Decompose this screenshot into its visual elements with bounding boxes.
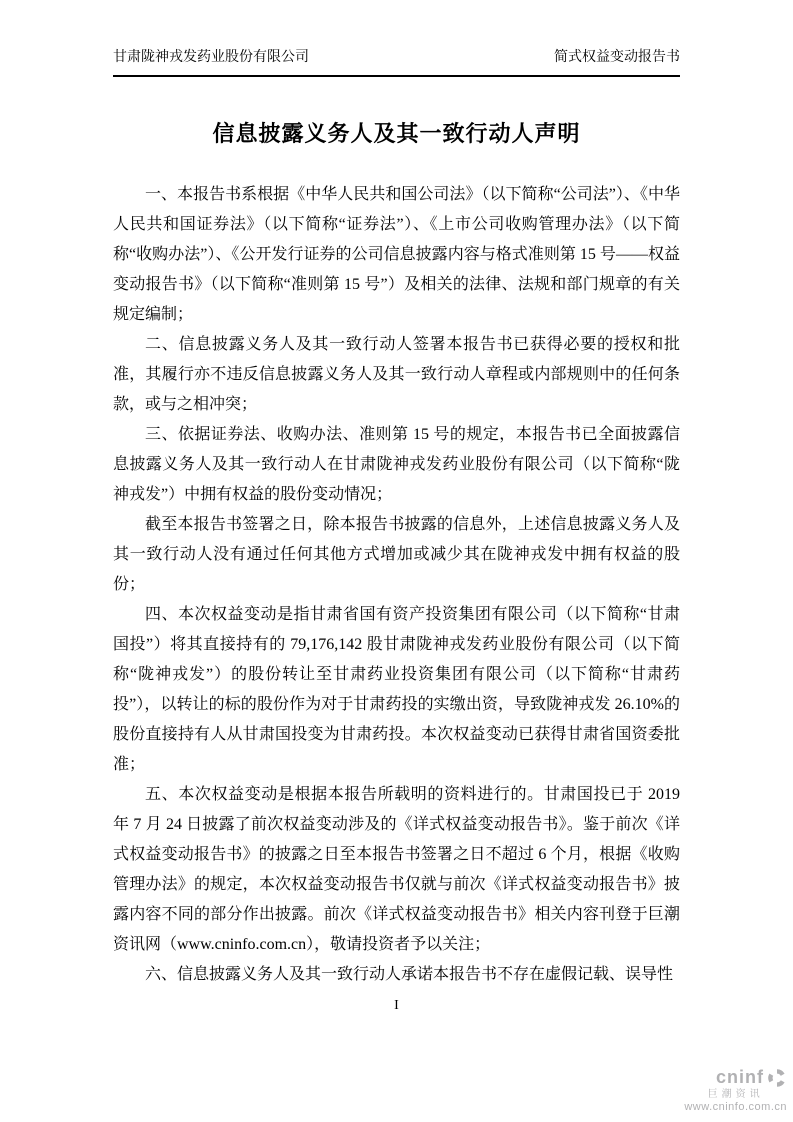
document-body: 一、本报告书系根据《中华人民共和国公司法》（以下简称“公司法”）、《中华人民共和… bbox=[113, 180, 680, 990]
cninfo-brand-text: cninf bbox=[716, 1067, 764, 1088]
cninfo-brand-row: cninf bbox=[684, 1067, 787, 1088]
document-page: 甘肃陇神戎发药业股份有限公司 简式权益变动报告书 信息披露义务人及其一致行动人声… bbox=[0, 0, 793, 1122]
cninfo-swirl-icon bbox=[767, 1068, 787, 1088]
header-company-name: 甘肃陇神戎发药业股份有限公司 bbox=[113, 46, 309, 66]
document-content: 甘肃陇神戎发药业股份有限公司 简式权益变动报告书 信息披露义务人及其一致行动人声… bbox=[0, 0, 793, 1014]
paragraph-1: 一、本报告书系根据《中华人民共和国公司法》（以下简称“公司法”）、《中华人民共和… bbox=[113, 180, 680, 330]
paragraph-4: 截至本报告书签署之日，除本报告书披露的信息外，上述信息披露义务人及其一致行动人没… bbox=[113, 510, 680, 600]
header-doc-type: 简式权益变动报告书 bbox=[554, 46, 680, 66]
paragraph-6: 五、本次权益变动是根据本报告所载明的资料进行的。甘肃国投已于 2019 年 7 … bbox=[113, 780, 680, 960]
cninfo-caption: 巨潮资讯 bbox=[684, 1089, 787, 1101]
paragraph-3: 三、依据证券法、收购办法、准则第 15 号的规定，本报告书已全面披露信息披露义务… bbox=[113, 420, 680, 510]
cninfo-logo: cninf 巨潮资讯 www.cninfo.com.cn bbox=[684, 1067, 787, 1114]
page-title: 信息披露义务人及其一致行动人声明 bbox=[113, 117, 680, 148]
cninfo-url: www.cninfo.com.cn bbox=[684, 1101, 787, 1114]
page-header: 甘肃陇神戎发药业股份有限公司 简式权益变动报告书 bbox=[113, 46, 680, 77]
paragraph-5: 四、本次权益变动是指甘肃省国有资产投资集团有限公司（以下简称“甘肃国投”）将其直… bbox=[113, 600, 680, 780]
paragraph-7: 六、信息披露义务人及其一致行动人承诺本报告书不存在虚假记载、误导性 bbox=[113, 960, 680, 990]
page-number: I bbox=[113, 998, 680, 1014]
paragraph-2: 二、信息披露义务人及其一致行动人签署本报告书已获得必要的授权和批准，其履行亦不违… bbox=[113, 330, 680, 420]
